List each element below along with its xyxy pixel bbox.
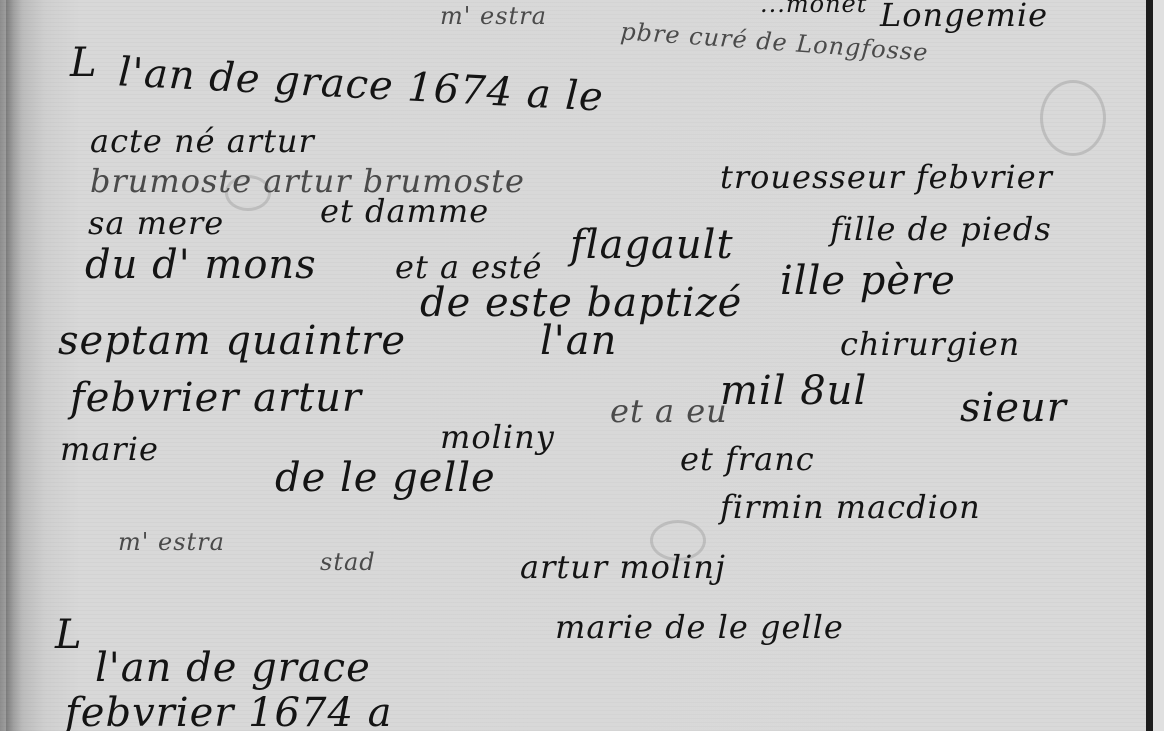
entry-line: flagault — [570, 222, 734, 268]
entry-line: l'an — [540, 318, 617, 364]
entry-line: sieur — [960, 385, 1067, 431]
entry-line: mil 8ul — [720, 368, 867, 414]
entry-line: moliny — [440, 418, 555, 456]
entry-line: et a eu — [610, 392, 728, 430]
entry-line: fille de pieds — [830, 210, 1052, 248]
entry-line: febvrier artur — [70, 375, 362, 421]
entry-line: sa mere — [88, 204, 224, 242]
bleed-through-mark — [1040, 80, 1106, 156]
entry-line: febvrier 1674 a — [65, 690, 392, 731]
entry-line: marie — [60, 430, 159, 468]
right-margin — [1153, 0, 1164, 731]
entry-line: ille père — [780, 258, 956, 304]
entry-line: trouesseur febvrier — [720, 158, 1053, 196]
signature: m' estra — [118, 528, 225, 556]
entry-line: firmin macdion — [720, 488, 981, 526]
signature: marie de le gelle — [555, 608, 844, 646]
entry-line: l'an de grace — [95, 645, 371, 691]
entry-line: de le gelle — [275, 455, 496, 501]
header-text: m' estra — [440, 2, 547, 30]
entry-line: septam quaintre — [58, 318, 406, 364]
entry-line: du d' mons — [85, 242, 317, 288]
right-margin-rule — [1146, 0, 1153, 731]
entry-line: acte né artur — [90, 122, 315, 160]
entry-line: chirurgien — [840, 325, 1020, 363]
margin-mark: L — [70, 40, 98, 86]
signature: stad — [320, 548, 376, 576]
header-text: ...monet — [760, 0, 867, 18]
header-text: Longemie — [880, 0, 1048, 34]
binding-shadow — [6, 0, 22, 731]
signature: artur molinj — [520, 548, 726, 586]
margin-mark: L — [55, 612, 83, 658]
entry-line: et franc — [680, 440, 815, 478]
entry-line: et damme — [320, 192, 489, 230]
